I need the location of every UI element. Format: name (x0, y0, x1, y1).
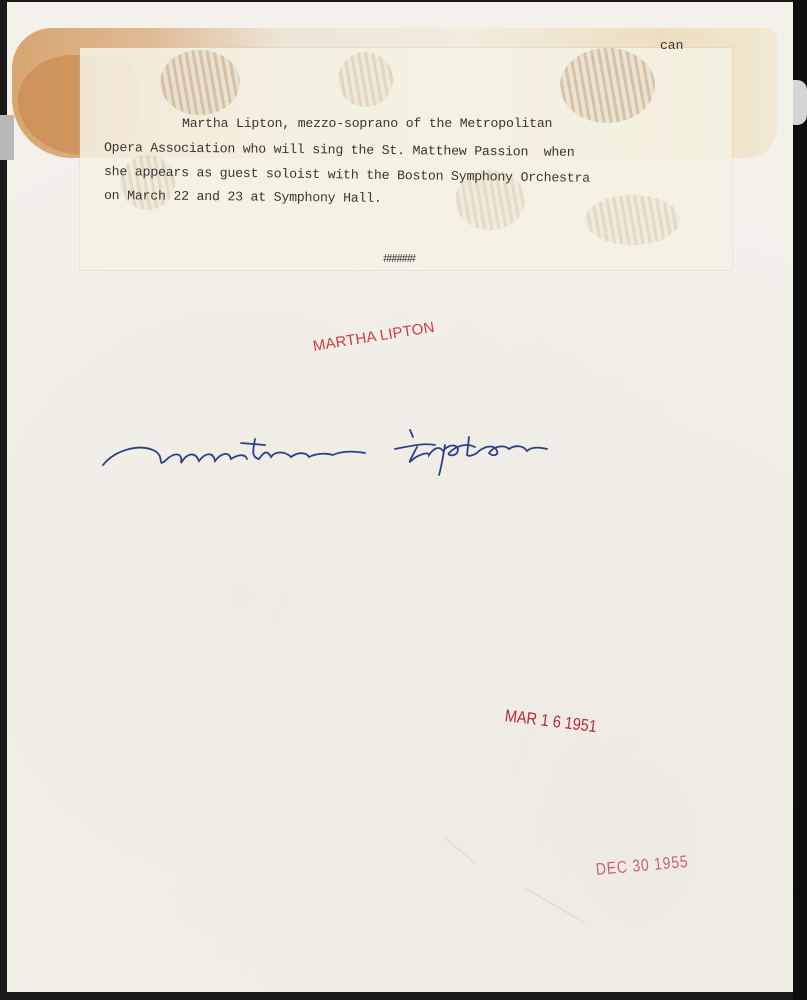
background-edge (793, 0, 807, 1000)
end-mark: ###### (383, 252, 414, 266)
clipping-fragment: can (660, 38, 683, 53)
signature (95, 395, 635, 505)
glue-blot (160, 50, 240, 115)
clipping-line: Martha Lipton, mezzo-soprano of the Metr… (104, 112, 724, 136)
tape-tab-left (0, 115, 14, 160)
clipping-text: Martha Lipton, mezzo-soprano of the Metr… (104, 112, 724, 208)
glue-blot (338, 52, 393, 107)
tape-tab-right (793, 80, 807, 125)
